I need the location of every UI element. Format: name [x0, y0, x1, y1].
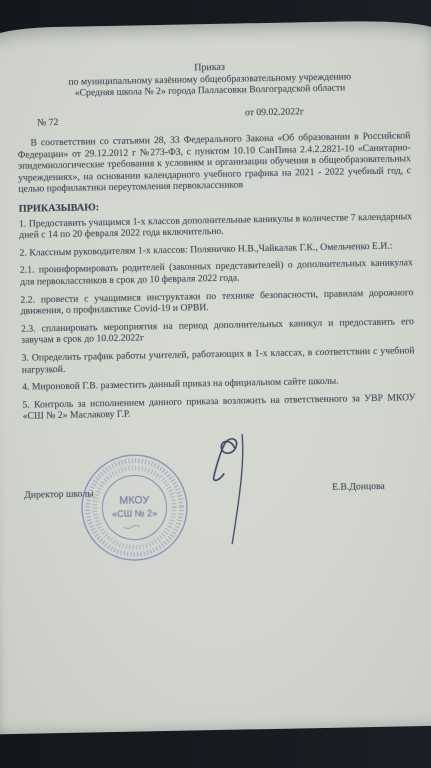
number-date-row: № 72 от 09.02.2022г — [0, 104, 426, 132]
order-item-4: 4. Мироновой Г.В. разместить данный прик… — [22, 374, 415, 393]
director-signature-stroke — [193, 431, 265, 550]
document-body: В соответствии со статьями 28, 33 Федера… — [17, 130, 416, 428]
seal-line2: «СШ № 2» — [112, 508, 157, 519]
preamble-paragraph: В соответствии со статьями 28, 33 Федера… — [17, 130, 411, 196]
doc-number: № 72 — [37, 117, 59, 129]
order-item-3: 3. Определить график работы учителей, ра… — [21, 345, 414, 376]
order-item-2-1: 2.1. проинформировать родителей (законны… — [20, 258, 413, 289]
document-header: Приказ по муниципальному казённому общео… — [0, 58, 426, 101]
director-name: Е.В.Донцова — [332, 481, 385, 494]
order-item-2-2: 2.2. провести с учащимися инструктажи по… — [20, 287, 413, 318]
round-seal-stamp: МКОУ «СШ № 2» — [77, 451, 191, 565]
photo-of-document: { "document": { "title": "Приказ", "org_… — [0, 0, 431, 768]
paper-sheet: Приказ по муниципальному казённому общео… — [0, 20, 431, 735]
seal-line1: МКОУ — [119, 494, 149, 507]
seal-squiggle — [124, 525, 140, 528]
doc-date: от 09.02.2022г — [245, 106, 304, 119]
order-item-2: 2. Классным руководителям 1-х классов: П… — [19, 240, 412, 259]
order-item-1: 1. Предоставить учащимся 1-х классов доп… — [19, 211, 412, 242]
document-content: Приказ по муниципальному казённому общео… — [0, 20, 431, 734]
order-item-2-3: 2.3. спланировать мероприятия на период … — [21, 316, 414, 347]
order-item-5: 5. Контроль за исполнением данного прика… — [22, 392, 415, 423]
